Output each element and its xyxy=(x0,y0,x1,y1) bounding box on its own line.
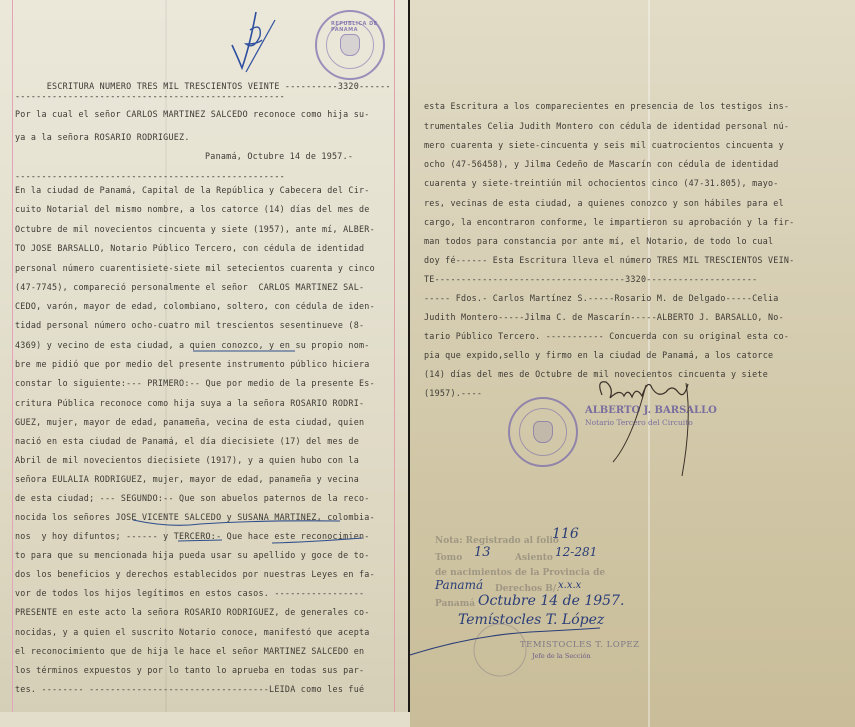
body-line: Octubre de mil novecientos cincuenta y s… xyxy=(15,225,375,233)
separator-rule: ----------------------------------------… xyxy=(15,172,285,180)
registration-place-label: Panamá xyxy=(435,599,475,609)
body-line: constar lo siguiente:--- PRIMERO:-- Que … xyxy=(15,379,375,387)
registration-provincia-label: de nacimientos de la Provincia de xyxy=(435,568,605,578)
body-line: bre me pidió que por medio del presente … xyxy=(15,360,370,368)
registration-folio-label: Nota: Registrado al folio xyxy=(435,536,559,546)
registration-provincia-value: Panamá xyxy=(435,578,483,592)
body-line: critura Pública reconoce como hija suya … xyxy=(15,399,364,407)
body-line: res, vecinas de esta ciudad, a quienes c… xyxy=(424,199,784,207)
body-line: nació en esta ciudad de Panamá, el día d… xyxy=(15,437,359,445)
summary-line-2: ya a la señora ROSARIO RODRIGUEZ. xyxy=(15,133,190,141)
body-line: PRESENTE en este acto la señora ROSARIO … xyxy=(15,608,370,616)
body-line: man todos para constancia por ante mí, e… xyxy=(424,237,773,245)
registrar-signature: Temístocles T. López xyxy=(458,612,604,628)
notary-seal-stamp xyxy=(508,397,578,467)
registration-tomo-label: Tomo xyxy=(435,553,462,563)
body-line: Abril de mil novecientos diecisiete (191… xyxy=(15,456,359,464)
body-line: personal número cuarentisiete-siete mil … xyxy=(15,264,375,272)
body-line: trumentales Celia Judith Montero con céd… xyxy=(424,122,789,130)
body-line: esta Escritura a los comparecientes en p… xyxy=(424,102,789,110)
body-line: En la ciudad de Panamá, Capital de la Re… xyxy=(15,186,370,194)
notary-title-stamp: Notario Tercero del Circuito xyxy=(585,418,693,427)
registration-asiento-value: 12-281 xyxy=(555,545,597,559)
left-margin-line xyxy=(12,0,13,712)
body-line: TE------------------------------------33… xyxy=(424,275,757,283)
registration-asiento-label: Asiento xyxy=(515,553,553,563)
pen-underlines xyxy=(0,0,408,712)
notary-seal-stamp: REPUBLICA DE PANAMA xyxy=(315,10,385,80)
body-line: GUEZ, mujer, mayor de edad, panameña, ve… xyxy=(15,418,364,426)
body-line: pia que expido,sello y firmo en la ciuda… xyxy=(424,351,773,359)
registration-tomo-value: 13 xyxy=(474,545,491,560)
body-line: (47-7745), compareció personalmente el s… xyxy=(15,283,364,291)
body-line: vor de todos los hijos legítimos en esto… xyxy=(15,589,364,597)
body-line: el reconocimiento que de hija le hace el… xyxy=(15,647,364,655)
body-line: cargo, la encontraron conforme, le impar… xyxy=(424,218,794,226)
body-line: tario Público Tercero. ----------- Concu… xyxy=(424,332,789,340)
body-line: nos y hoy difuntos; ------ y TERCERO:- Q… xyxy=(15,532,370,540)
summary-line-1: Por la cual el señor CARLOS MARTINEZ SAL… xyxy=(15,110,370,118)
body-line: de esta ciudad; --- SEGUNDO:-- Que son a… xyxy=(15,494,370,502)
body-line: nocida los señores JOSE VICENTE SALCEDO … xyxy=(15,513,375,521)
body-line: CEDO, varón, mayor de edad, colombiano, … xyxy=(15,302,375,310)
page-bottom-edge xyxy=(0,712,410,727)
body-line: TO JOSE BARSALLO, Notario Público Tercer… xyxy=(15,244,364,252)
document-photo: REPUBLICA DE PANAMA ESCRITURA NUMERO TRE… xyxy=(0,0,855,727)
registrar-title-stamp: Jefe de la Sección xyxy=(532,652,591,660)
registration-folio-value: 116 xyxy=(552,526,579,542)
right-margin-line xyxy=(394,0,395,712)
body-line: nocidas, y a quien el suscrito Notario c… xyxy=(15,628,370,636)
place-date: Panamá, Octubre 14 de 1957.- xyxy=(205,152,353,160)
body-line: tidad personal número ocho-cuatro mil tr… xyxy=(15,321,364,329)
body-line: to para que su mencionada hija pueda usa… xyxy=(15,551,370,559)
right-page: esta Escritura a los comparecientes en p… xyxy=(410,0,855,727)
body-line: señora EULALIA RODRIGUEZ, mujer, mayor d… xyxy=(15,475,359,483)
body-line: cuarenta y siete-treintiún mil ochocient… xyxy=(424,179,779,187)
body-line: mero cuarenta y siete-cincuenta y seis m… xyxy=(424,141,784,149)
body-line: (1957).---- xyxy=(424,389,482,397)
body-line: (14) días del mes de Octubre de mil nove… xyxy=(424,370,768,378)
deed-number: 3320 xyxy=(338,81,359,91)
left-page: REPUBLICA DE PANAMA ESCRITURA NUMERO TRE… xyxy=(0,0,408,712)
body-line: los términos expuestos y por lo tanto lo… xyxy=(15,666,364,674)
header-rule: ----------------------------------------… xyxy=(15,92,285,100)
coat-of-arms-icon xyxy=(340,34,360,56)
notary-name-stamp: ALBERTO J. BARSALLO xyxy=(585,405,717,416)
body-line: tes. -------- --------------------------… xyxy=(15,685,364,693)
stamp-top-text: REPUBLICA DE PANAMA xyxy=(331,21,383,33)
coat-of-arms-icon xyxy=(533,421,553,443)
body-line: doy fé------ Esta Escritura lleva el núm… xyxy=(424,256,794,264)
body-line: ocho (47-56458), y Jilma Cedeño de Masca… xyxy=(424,160,779,168)
body-line: cuito Notarial del mismo nombre, a los c… xyxy=(15,205,370,213)
body-line: dos los beneficios y derechos establecid… xyxy=(15,570,375,578)
signatories-line: Judith Montero-----Jilma C. de Mascarín-… xyxy=(424,313,784,321)
registrar-name-stamp: TEMISTOCLES T. LOPEZ xyxy=(520,640,640,650)
registration-date: Octubre 14 de 1957. xyxy=(478,593,624,609)
body-line: 4369) y vecino de esta ciudad, a quien c… xyxy=(15,341,370,349)
signatories-line: ----- Fdos.- Carlos Martínez S.-----Rosa… xyxy=(424,294,779,302)
registration-derechos-value: x.x.x xyxy=(558,580,581,591)
